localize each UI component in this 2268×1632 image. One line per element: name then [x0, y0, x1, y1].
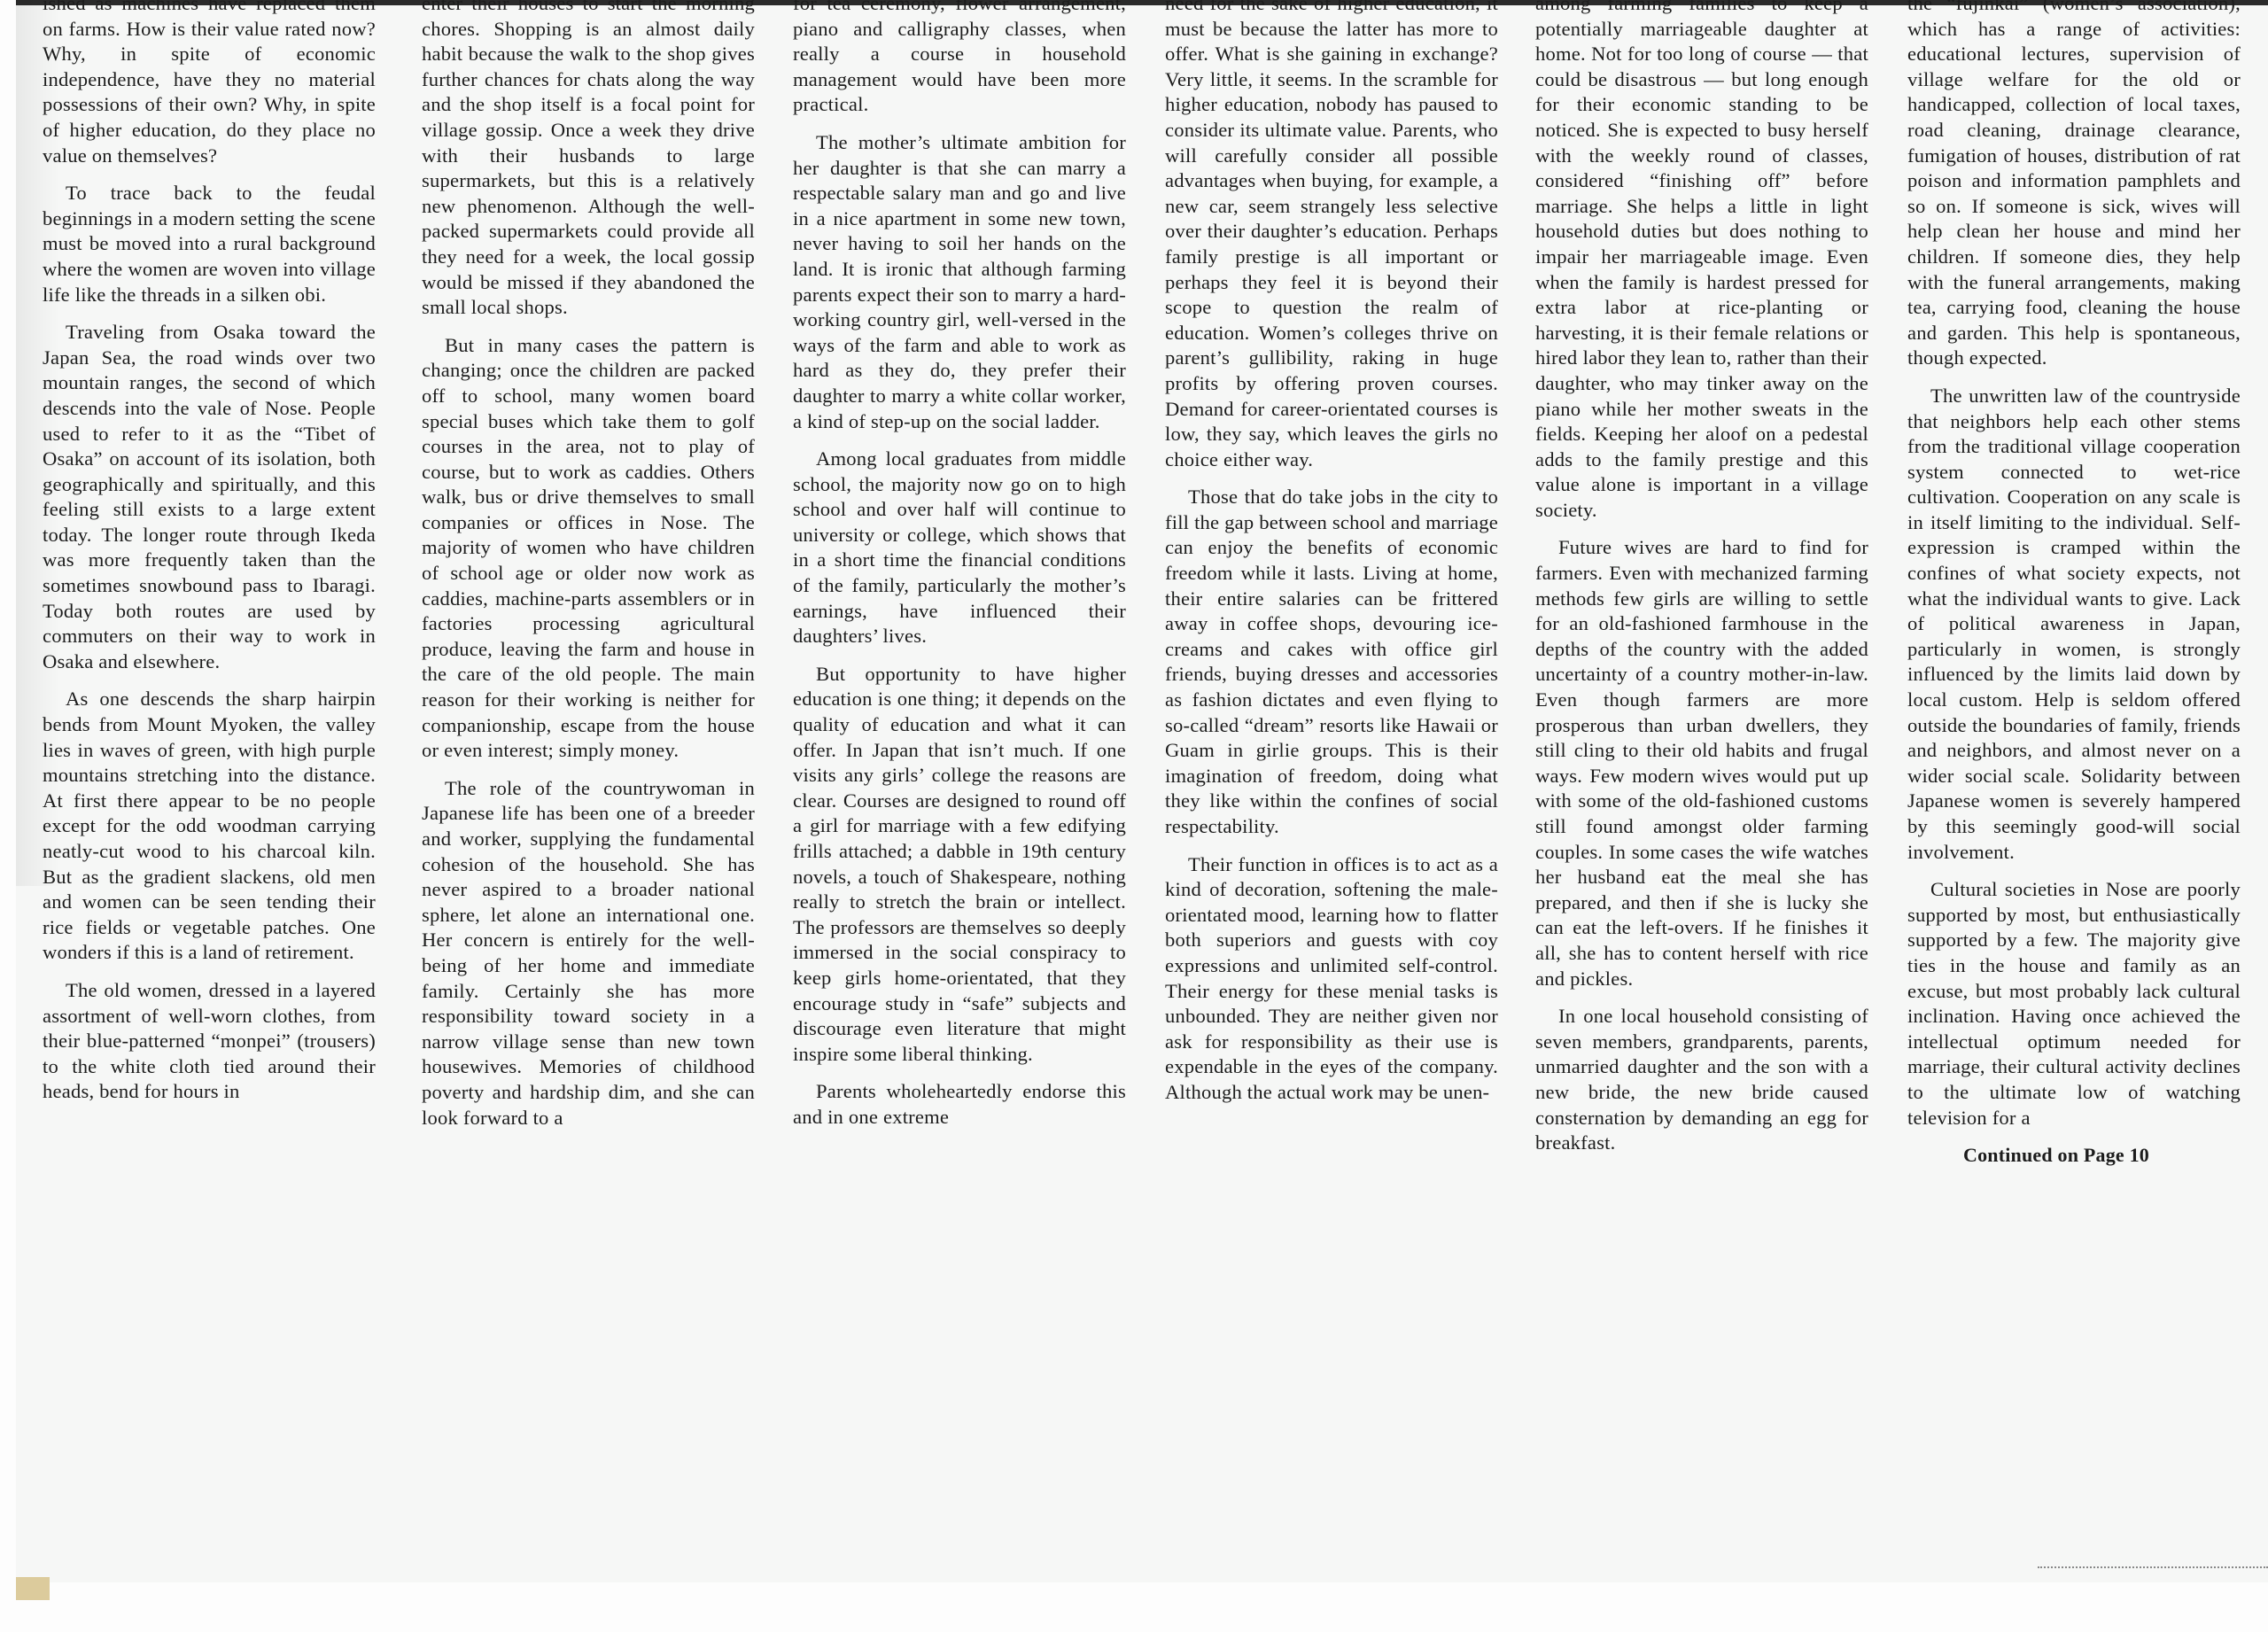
paragraph: As one descends the sharp hairpin bends … — [43, 687, 376, 966]
paper-stain — [16, 1577, 50, 1600]
paragraph: The role of the countrywoman in Japanese… — [422, 776, 755, 1131]
paragraph: need for the sake of higher education, i… — [1165, 0, 1498, 472]
paragraph: Future wives are hard to find for farmer… — [1535, 535, 1868, 991]
article-column-6: the “fujinkai” (women’s association), wh… — [1907, 5, 2241, 1169]
article-column-4: need for the sake of higher education, i… — [1165, 5, 1498, 1118]
paragraph: In one local household consisting of sev… — [1535, 1004, 1868, 1156]
article-column-2: enter their houses to start the morning … — [422, 5, 755, 1143]
article-column-3: for tea ceremony, flower arrangement, pi… — [793, 5, 1126, 1143]
paragraph: enter their houses to start the morning … — [422, 0, 755, 321]
paragraph: Traveling from Osaka toward the Japan Se… — [43, 320, 376, 674]
paragraph: To trace back to the feudal beginnings i… — [43, 181, 376, 307]
paragraph: But opportunity to have higher education… — [793, 662, 1126, 1068]
paragraph: the “fujinkai” (women’s association), wh… — [1907, 0, 2241, 371]
paragraph: Among local graduates from middle school… — [793, 447, 1126, 649]
paragraph: Cultural societies in Nose are poorly su… — [1907, 877, 2241, 1131]
paragraph: Parents wholeheartedly endorse this and … — [793, 1079, 1126, 1130]
paragraph: Those that do take jobs in the city to f… — [1165, 485, 1498, 839]
paragraph: The unwritten law of the countryside tha… — [1907, 384, 2241, 865]
paragraph: Their function in offices is to act as a… — [1165, 852, 1498, 1106]
paragraph: But in many cases the pattern is changin… — [422, 333, 755, 764]
article-column-1: ished as machines have replaced them on … — [43, 5, 376, 1117]
paragraph: The old women, dressed in a layered asso… — [43, 978, 376, 1105]
bottom-dotted-rule — [2038, 1566, 2268, 1570]
paragraph: among farming families to keep a potenti… — [1535, 0, 1868, 523]
paragraph: The mother’s ultimate ambition for her d… — [793, 130, 1126, 434]
continued-on-page-note: Continued on Page 10 — [1907, 1143, 2241, 1169]
article-column-5: among farming families to keep a potenti… — [1535, 5, 1868, 1169]
paragraph: for tea ceremony, flower arrangement, pi… — [793, 0, 1126, 118]
paragraph: ished as machines have replaced them on … — [43, 0, 376, 168]
